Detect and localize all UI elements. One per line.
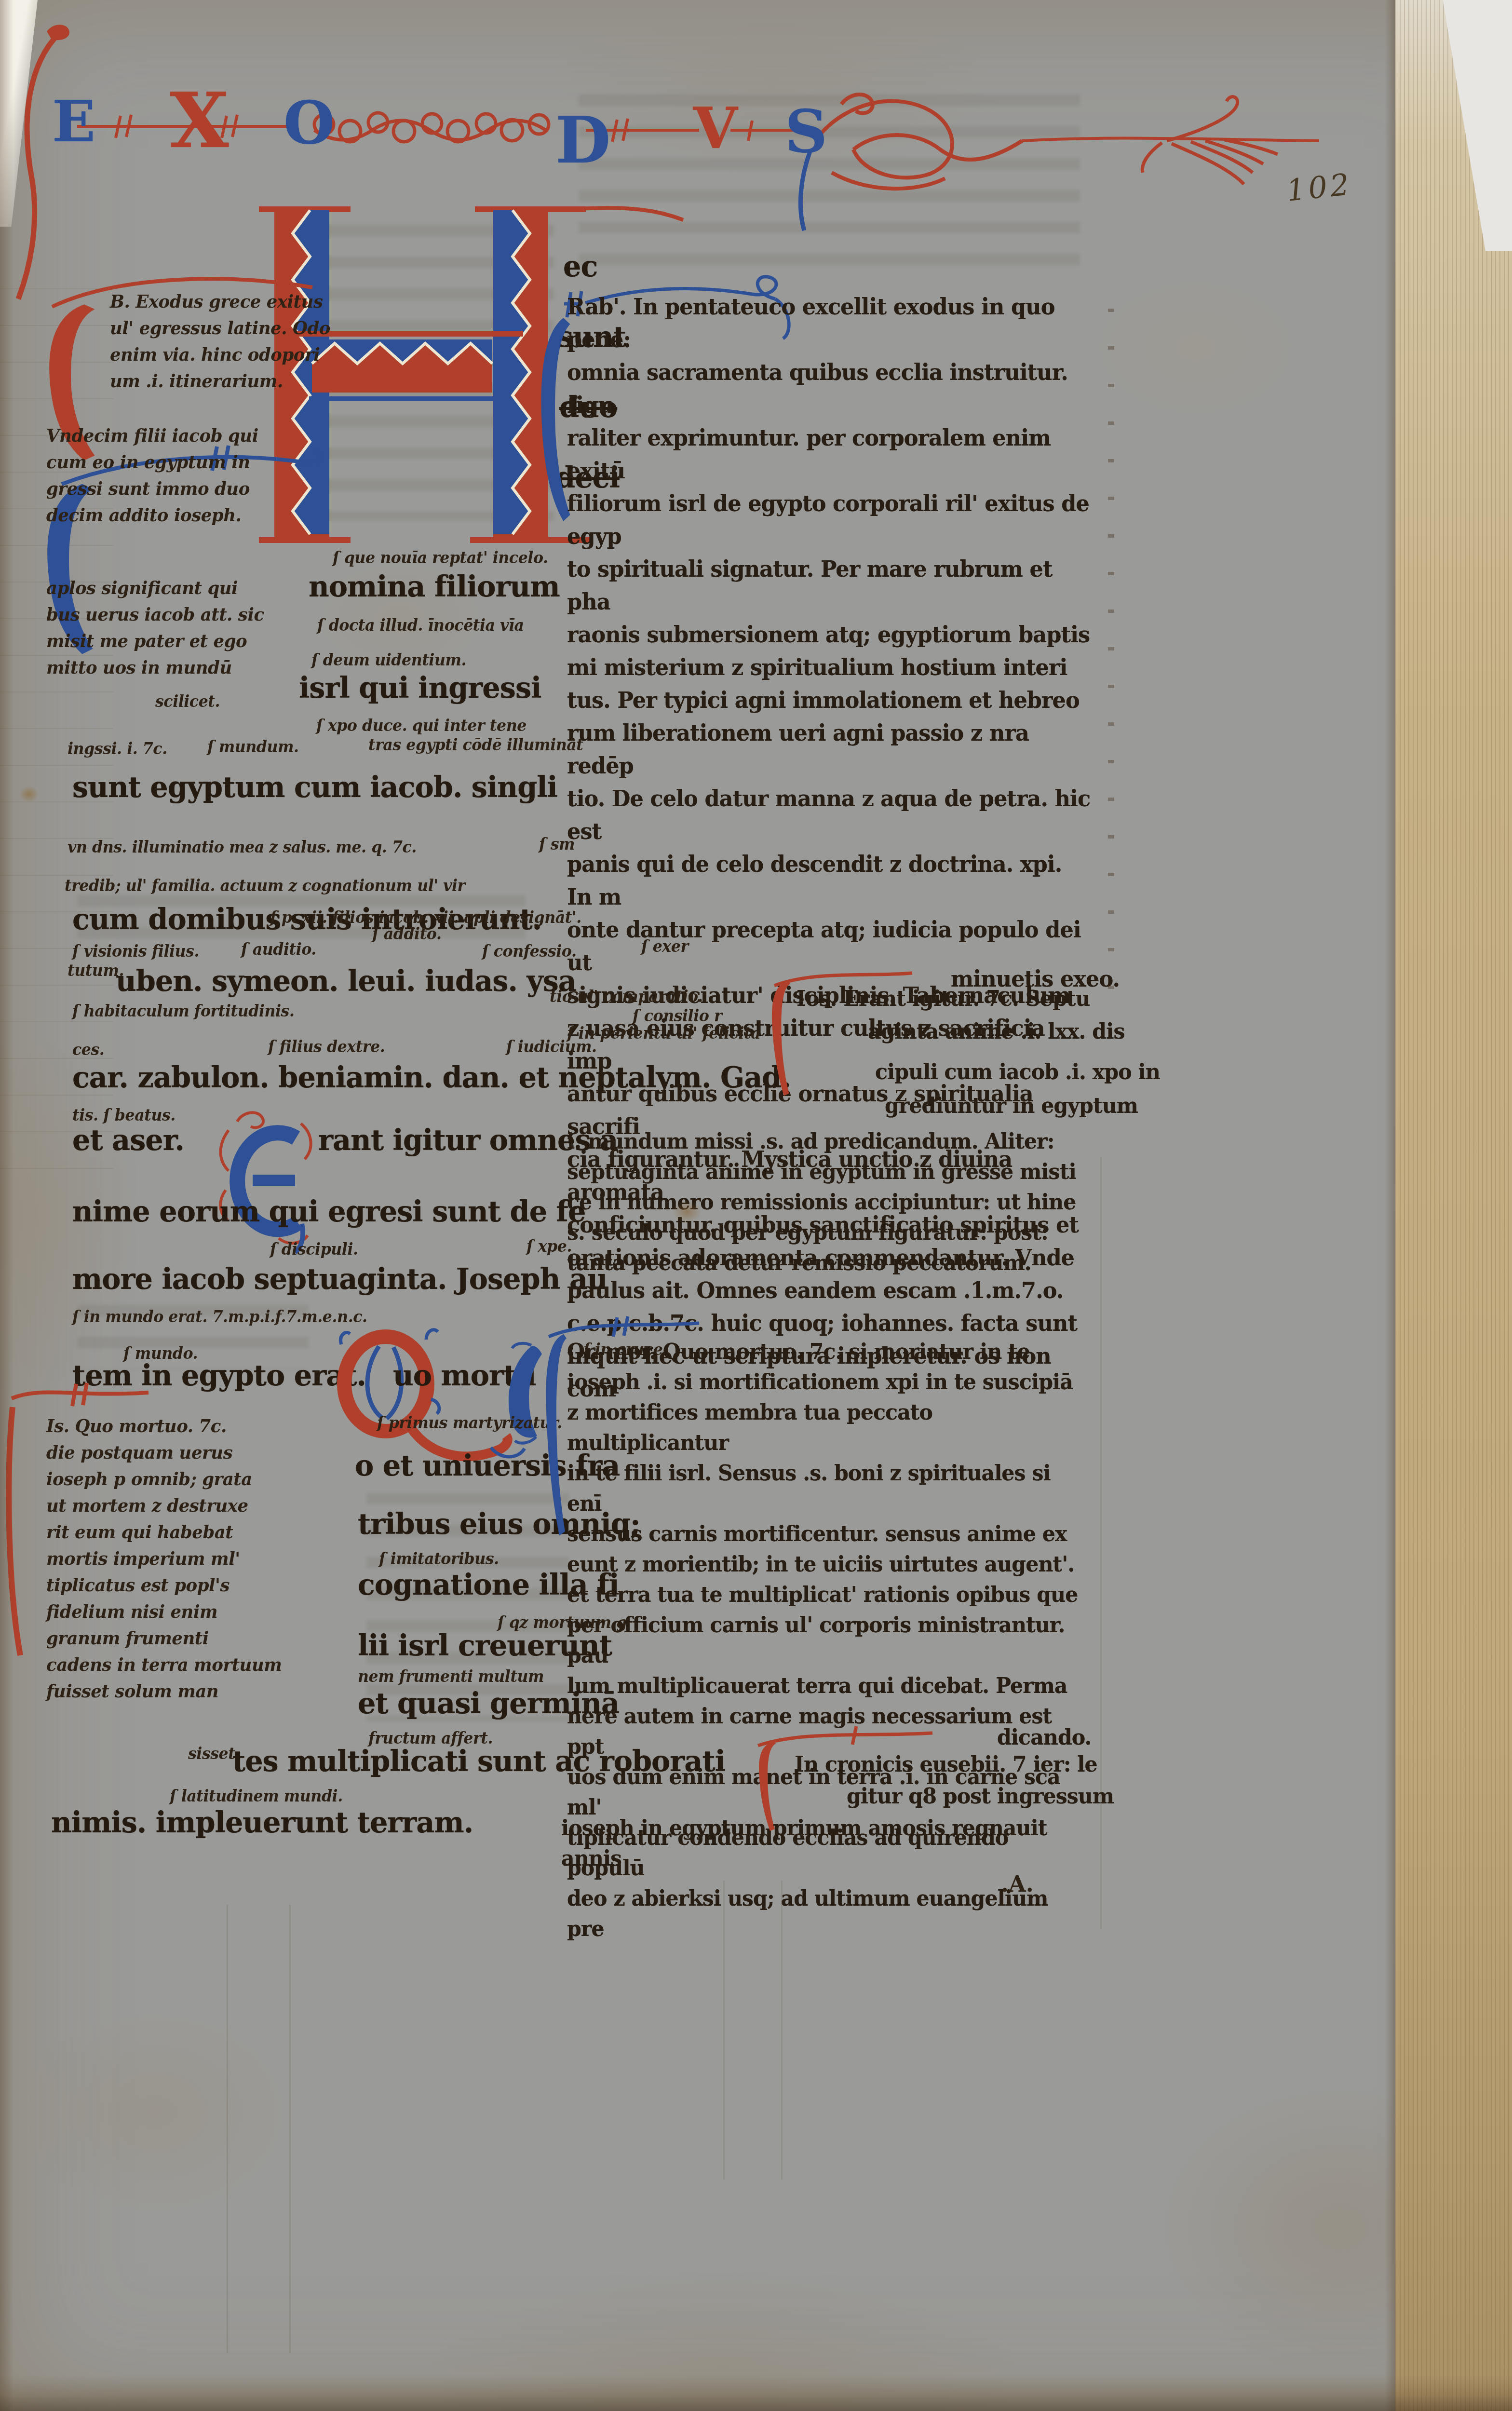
interlinear-gloss: ſ in mundo erat. 7.m.p.i.f.7.m.e.n.c. — [72, 1305, 367, 1329]
interlinear-gloss: ſ mundum. — [207, 735, 299, 759]
interlinear-gloss: vn dns. illuminatio mea z salus. me. q. … — [67, 835, 417, 859]
manuscript-page: E X O D V S 102 ec sunt duo deci — [0, 0, 1512, 2411]
interlinear-gloss: ſ deum uidentium. — [311, 648, 466, 672]
title-s-descender — [791, 149, 849, 236]
interlinear-gloss: ingssi. i. 7c. — [67, 737, 167, 761]
interlinear-gloss: scilicet. — [155, 690, 220, 714]
bottom-edge-shadow — [0, 2375, 1512, 2411]
interlinear-gloss: ſ que nouīa reptat' incelo. — [333, 546, 548, 570]
interlinear-gloss: ſ habitaculum fortitudinis. — [72, 999, 294, 1023]
gloss-paragraph: B. Exodus grece exitus ul' egressus lati… — [110, 288, 330, 394]
interlinear-gloss: ſ confessio. — [482, 939, 576, 963]
commentary-line: cipuli cum iacob .i. xpo in — [875, 1057, 1160, 1087]
commentary-line: In cronicis eusebii. 7 ier: le — [795, 1749, 1097, 1780]
interlinear-gloss: ſ visionis filius. — [72, 939, 199, 963]
running-title-letter: D — [555, 103, 610, 178]
quire-signature: .A. — [1001, 1871, 1034, 1897]
bible-text-line: isrl qui ingressi — [299, 671, 541, 705]
initial-e-ornament — [206, 1108, 322, 1253]
left-edge-shadow — [0, 0, 13, 2411]
running-title-letter: O — [283, 88, 335, 157]
ruling-line-vertical — [723, 1881, 725, 2180]
gloss-paragraph: Vndecim filii iacob qui cum eo in egyptu… — [46, 422, 258, 528]
commentary-line: grediuntur in egyptum — [885, 1091, 1138, 1121]
interlinear-gloss: tras egypti cōdē illumināt — [368, 733, 583, 757]
interlinear-gloss: ſ latitudinem mundi. — [170, 1784, 343, 1808]
leaf-edge-shadow — [1385, 0, 1395, 2411]
prick-marks — [1108, 309, 1114, 998]
commentary-line: ioseph in egyptum primum amosis regnauit… — [561, 1813, 1094, 1874]
interlinear-gloss: ſ discipuli. — [270, 1237, 358, 1261]
interlinear-gloss: ſ addito. — [372, 922, 441, 946]
interlinear-gloss: nem frumenti multum — [358, 1665, 544, 1689]
interlinear-gloss: ſ primus martyrizatur. — [377, 1411, 562, 1435]
bible-text-line: uben. symeon. leui. iudas. ysa — [116, 964, 576, 998]
commentary-line: dicando. — [997, 1722, 1091, 1753]
bible-text-line: nomina filiorum — [309, 570, 560, 604]
ruling-line-vertical — [1100, 1157, 1102, 1929]
interlinear-gloss: ſ docta illud. īnocētia vīa — [317, 613, 524, 637]
ink-stain — [19, 786, 39, 802]
ruling-line-vertical — [289, 1905, 291, 2353]
running-title-letter: X — [170, 76, 229, 165]
gloss-paragraph: Is. Quo mortuo. 7c. die postquam uerus i… — [46, 1413, 282, 1705]
commentary-line: gitur q8 post ingressum — [847, 1781, 1114, 1812]
ruling-line-vertical — [781, 1881, 783, 2180]
bible-text-line: et aser. — [72, 1124, 184, 1157]
bible-text-line: nime eorum qui egresi sunt de fe — [72, 1195, 585, 1229]
folio-number: 102 — [1285, 166, 1354, 208]
ink-stain — [673, 1201, 702, 1223]
bible-text-line: sunt egyptum cum iacob. singli — [72, 771, 557, 804]
ruling-line-vertical — [227, 1905, 228, 2353]
interlinear-gloss: ſ auditio. — [241, 937, 316, 962]
interlinear-gloss: ſ filius dextre. — [268, 1035, 385, 1059]
paraph-hook-red — [755, 1724, 938, 1753]
commentary-line: Ios. Erant igitur. 7c. Septu — [796, 984, 1090, 1014]
bible-text-line: more iacob septuaginta. Joseph au — [72, 1262, 607, 1296]
commentary-line: aginta anime .i. lxx. dis — [868, 1016, 1124, 1047]
paraph-mark-blue-long — [539, 1330, 568, 1542]
interlinear-gloss: ces. — [72, 1038, 104, 1062]
bible-text-line: nimis. impleuerunt terram. — [51, 1806, 473, 1840]
book-page-edges — [1395, 0, 1512, 2411]
interlinear-gloss: ſ xpe. — [526, 1234, 572, 1259]
interlinear-gloss: ſ in perientu ul' felicita — [567, 1021, 760, 1045]
interlinear-gloss: tio ul' comparatio. — [550, 985, 703, 1009]
paraph-mark-red — [766, 979, 792, 1099]
gloss-paragraph: aplos significant qui bus uerus iacob at… — [46, 575, 264, 681]
commentary-block: i. mundum missi .s. ad predicandum. Alit… — [567, 1126, 1091, 1278]
running-title-letter: V — [693, 95, 738, 162]
interlinear-gloss: tredib; ul' familia. actuum z cognationu… — [65, 874, 465, 898]
interlinear-gloss: ſ imitatoribus. — [379, 1547, 499, 1571]
